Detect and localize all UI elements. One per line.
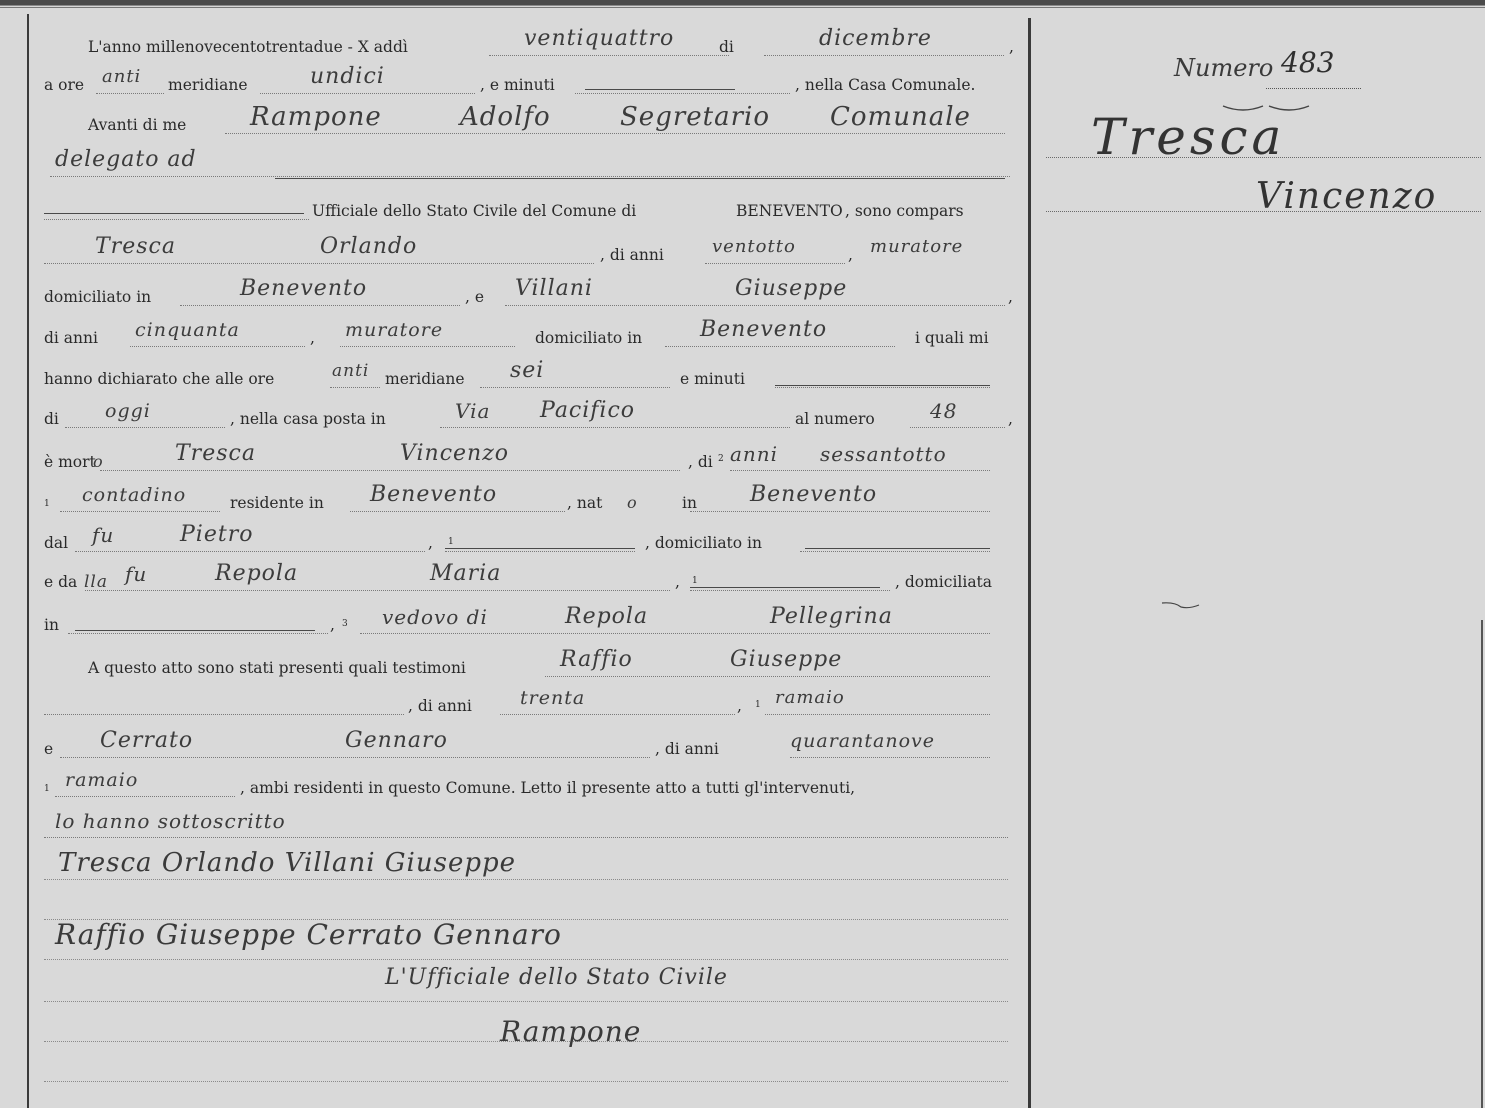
handwritten-witness1-age: trenta bbox=[520, 685, 585, 711]
printed-text: domiciliato in bbox=[535, 325, 642, 351]
record-line-12: 1 contadino residente in Benevento , nat… bbox=[0, 490, 970, 516]
printed-text: , bbox=[310, 325, 315, 351]
handwritten-ante2: anti bbox=[332, 358, 369, 384]
printed-text: , e bbox=[465, 284, 484, 310]
record-line-15: in , 3 vedovo di Repola Pellegrina bbox=[0, 612, 970, 638]
printed-text: , domiciliata bbox=[895, 569, 992, 595]
handwritten-witness2-age: quarantanove bbox=[790, 728, 935, 754]
handwritten-deceased-name: Vincenzo bbox=[400, 441, 509, 467]
printed-text: meridiane bbox=[385, 366, 465, 392]
signature-rule bbox=[44, 1000, 1008, 1002]
printed-text: , di bbox=[688, 449, 713, 475]
printed-text: di anni bbox=[44, 325, 98, 351]
scan-top-border bbox=[0, 0, 1485, 6]
margin-dotted-rule bbox=[1046, 157, 1481, 158]
printed-text: , nat bbox=[567, 490, 602, 516]
handwritten-hour: undici bbox=[310, 64, 385, 90]
handwritten-deceased-surname: Tresca bbox=[175, 441, 256, 467]
signature-rule bbox=[44, 878, 1008, 880]
record-line-20: lo hanno sottoscritto bbox=[0, 816, 970, 842]
printed-text: , bbox=[1008, 406, 1013, 432]
printed-text: meridiane bbox=[168, 72, 248, 98]
signature-declarants: Tresca Orlando Villani Giuseppe bbox=[58, 848, 516, 878]
printed-text: Ufficiale dello Stato Civile del Comune … bbox=[312, 198, 636, 224]
signature-witnesses: Raffio Giuseppe Cerrato Gennaro bbox=[55, 918, 562, 951]
printed-text: residente in bbox=[230, 490, 324, 516]
printed-text: è mort bbox=[44, 449, 96, 475]
record-line-6: Tresca Orlando , di anni ventotto , mura… bbox=[0, 242, 970, 268]
printed-text: e bbox=[44, 736, 53, 762]
handwritten-witness1-job: ramaio bbox=[775, 685, 845, 711]
handwritten-witness2-name: Gennaro bbox=[345, 728, 448, 754]
printed-text: , sono compars bbox=[845, 198, 964, 224]
handwritten-deceased-job: contadino bbox=[82, 482, 186, 508]
printed-text: , di anni bbox=[600, 242, 664, 268]
printed-text: A questo atto sono stati presenti quali … bbox=[88, 655, 466, 681]
printed-text: hanno dichiarato che alle ore bbox=[44, 366, 274, 392]
signature-officer-name: Rampone bbox=[500, 1015, 641, 1048]
record-line-4: delegato ad bbox=[0, 155, 970, 181]
printed-text: , bbox=[848, 242, 853, 268]
handwritten-birthplace: Benevento bbox=[750, 482, 877, 508]
handwritten-house-number: 48 bbox=[930, 398, 957, 424]
handwritten-officer-surname: Rampone bbox=[250, 104, 382, 130]
handwritten-mother-name: Maria bbox=[430, 561, 501, 587]
printed-text: i quali mi bbox=[915, 325, 989, 351]
signature-officer-title: L'Ufficiale dello Stato Civile bbox=[385, 965, 728, 990]
printed-text: e da bbox=[44, 569, 77, 595]
handwritten-death-hour: sei bbox=[510, 358, 544, 384]
handwritten-late-father: fu bbox=[92, 522, 114, 548]
record-line-14: e da lla fu Repola Maria , 1 , domicilia… bbox=[0, 569, 970, 595]
handwritten-suffix-lla: lla bbox=[84, 569, 108, 595]
handwritten-declarant1-job: muratore bbox=[870, 234, 963, 260]
record-line-11: è mort o Tresca Vincenzo , di 2 anni ses… bbox=[0, 449, 970, 475]
comune-name: BENEVENTO bbox=[736, 198, 843, 224]
printed-text: , nella Casa Comunale. bbox=[795, 72, 975, 98]
printed-text: in bbox=[44, 612, 59, 638]
handwritten-officer-title2: Comunale bbox=[830, 104, 971, 130]
record-line-17: , di anni trenta , 1 ramaio bbox=[0, 693, 970, 719]
signature-rule bbox=[44, 1080, 1008, 1082]
printed-text: domiciliato in bbox=[44, 284, 151, 310]
handwritten-month: dicembre bbox=[819, 26, 932, 52]
printed-text: al numero bbox=[795, 406, 875, 432]
handwritten-gender-suffix2: o bbox=[627, 490, 638, 516]
handwritten-ante: anti bbox=[102, 64, 141, 90]
record-line-16: A questo atto sono stati presenti quali … bbox=[0, 655, 970, 681]
numero-underline bbox=[1266, 88, 1361, 89]
record-line-9: hanno dichiarato che alle ore anti merid… bbox=[0, 366, 970, 392]
record-line-2: a ore anti meridiane undici , e minuti ,… bbox=[0, 72, 970, 98]
record-line-10: di oggi , nella casa posta in Via Pacifi… bbox=[0, 406, 970, 432]
handwritten-declarant2-surname: Villani bbox=[515, 276, 593, 302]
printed-text: , bbox=[675, 569, 680, 595]
printed-text: dal bbox=[44, 530, 68, 556]
handwritten-officer-title: Segretario bbox=[620, 104, 770, 130]
printed-text: , ambi residenti in questo Comune. Letto… bbox=[240, 775, 855, 801]
handwritten-witness2-surname: Cerrato bbox=[100, 728, 193, 754]
handwritten-delegate: delegato ad bbox=[55, 147, 197, 173]
printed-text: a ore bbox=[44, 72, 84, 98]
handwritten-witness2-job: ramaio bbox=[65, 767, 138, 793]
printed-text: , nella casa posta in bbox=[230, 406, 386, 432]
handwritten-officer-name: Adolfo bbox=[460, 104, 551, 130]
handwritten-death-day: oggi bbox=[105, 398, 151, 424]
printed-text: , domiciliato in bbox=[645, 530, 762, 556]
handwritten-street-name: Pacifico bbox=[540, 398, 635, 424]
handwritten-declarant2-name: Giuseppe bbox=[735, 276, 847, 302]
record-number: 483 bbox=[1281, 46, 1334, 79]
handwritten-mother-surname: Repola bbox=[215, 561, 298, 587]
handwritten-witness1-name: Giuseppe bbox=[730, 647, 842, 673]
handwritten-declarant2-job: muratore bbox=[345, 317, 443, 343]
margin-index-panel: Numero 483 Tresca Vincenzo bbox=[1031, 8, 1481, 1108]
handwritten-deceased-age: sessantotto bbox=[820, 441, 947, 467]
handwritten-spouse-name: Pellegrina bbox=[770, 604, 893, 630]
handwritten-witness1-surname: Raffio bbox=[560, 647, 633, 673]
margin-dotted-rule bbox=[1046, 211, 1481, 212]
handwritten-signed-statement: lo hanno sottoscritto bbox=[55, 808, 286, 834]
record-line-18: e Cerrato Gennaro , di anni quarantanove bbox=[0, 736, 970, 762]
handwritten-domicile: Benevento bbox=[240, 276, 367, 302]
printed-text: e minuti bbox=[680, 366, 745, 392]
handwritten-declarant2-domicile: Benevento bbox=[700, 317, 827, 343]
numero-label: Numero bbox=[1174, 54, 1273, 82]
printed-text: in bbox=[682, 490, 697, 516]
handwritten-years-label: anni bbox=[730, 441, 778, 467]
handwritten-spouse-surname: Repola bbox=[565, 604, 648, 630]
handwritten-father-name: Pietro bbox=[180, 522, 253, 548]
printed-text: , di anni bbox=[408, 693, 472, 719]
record-line-1: L'anno millenovecentotrentadue - X addì … bbox=[44, 34, 1014, 60]
handwritten-day: ventiquattro bbox=[524, 26, 674, 52]
printed-text: , bbox=[428, 530, 433, 556]
record-line-8: di anni cinquanta , muratore domiciliato… bbox=[0, 325, 970, 351]
handwritten-declarant2-age: cinquanta bbox=[135, 317, 240, 343]
record-line-3: Avanti di me Rampone Adolfo Segretario C… bbox=[0, 112, 970, 138]
right-edge-rule bbox=[1481, 620, 1483, 1108]
handwritten-gender-suffix: o bbox=[93, 449, 104, 475]
record-line-13: dal fu Pietro , 1 , domiciliato in bbox=[0, 530, 970, 556]
handwritten-declarant1-surname: Tresca bbox=[95, 234, 176, 260]
record-line-7: domiciliato in Benevento , e Villani Giu… bbox=[0, 284, 970, 310]
record-line-19: 1 ramaio , ambi residenti in questo Comu… bbox=[0, 775, 970, 801]
record-line-5: Ufficiale dello Stato Civile del Comune … bbox=[0, 198, 970, 224]
printed-text: Avanti di me bbox=[88, 112, 186, 138]
printed-text: , e minuti bbox=[480, 72, 555, 98]
signature-rule bbox=[44, 958, 1008, 960]
handwritten-street-type: Via bbox=[455, 398, 490, 424]
printed-text: , bbox=[330, 612, 335, 638]
handwritten-widower-of: vedovo di bbox=[382, 604, 488, 630]
printed-text: di bbox=[719, 34, 734, 60]
handwritten-declarant1-name: Orlando bbox=[320, 234, 417, 260]
handwritten-late-mother: fu bbox=[125, 561, 147, 587]
handwritten-declarant1-age: ventotto bbox=[712, 234, 796, 260]
printed-text: , bbox=[1008, 284, 1013, 310]
printed-text: , bbox=[737, 693, 742, 719]
handwritten-residence: Benevento bbox=[370, 482, 497, 508]
printed-text: L'anno millenovecentotrentadue - X addì bbox=[88, 34, 408, 60]
printed-text: , di anni bbox=[655, 736, 719, 762]
printed-text: di bbox=[44, 406, 59, 432]
printed-text: , bbox=[1009, 34, 1014, 60]
ink-stroke-mark-icon bbox=[1161, 600, 1201, 610]
